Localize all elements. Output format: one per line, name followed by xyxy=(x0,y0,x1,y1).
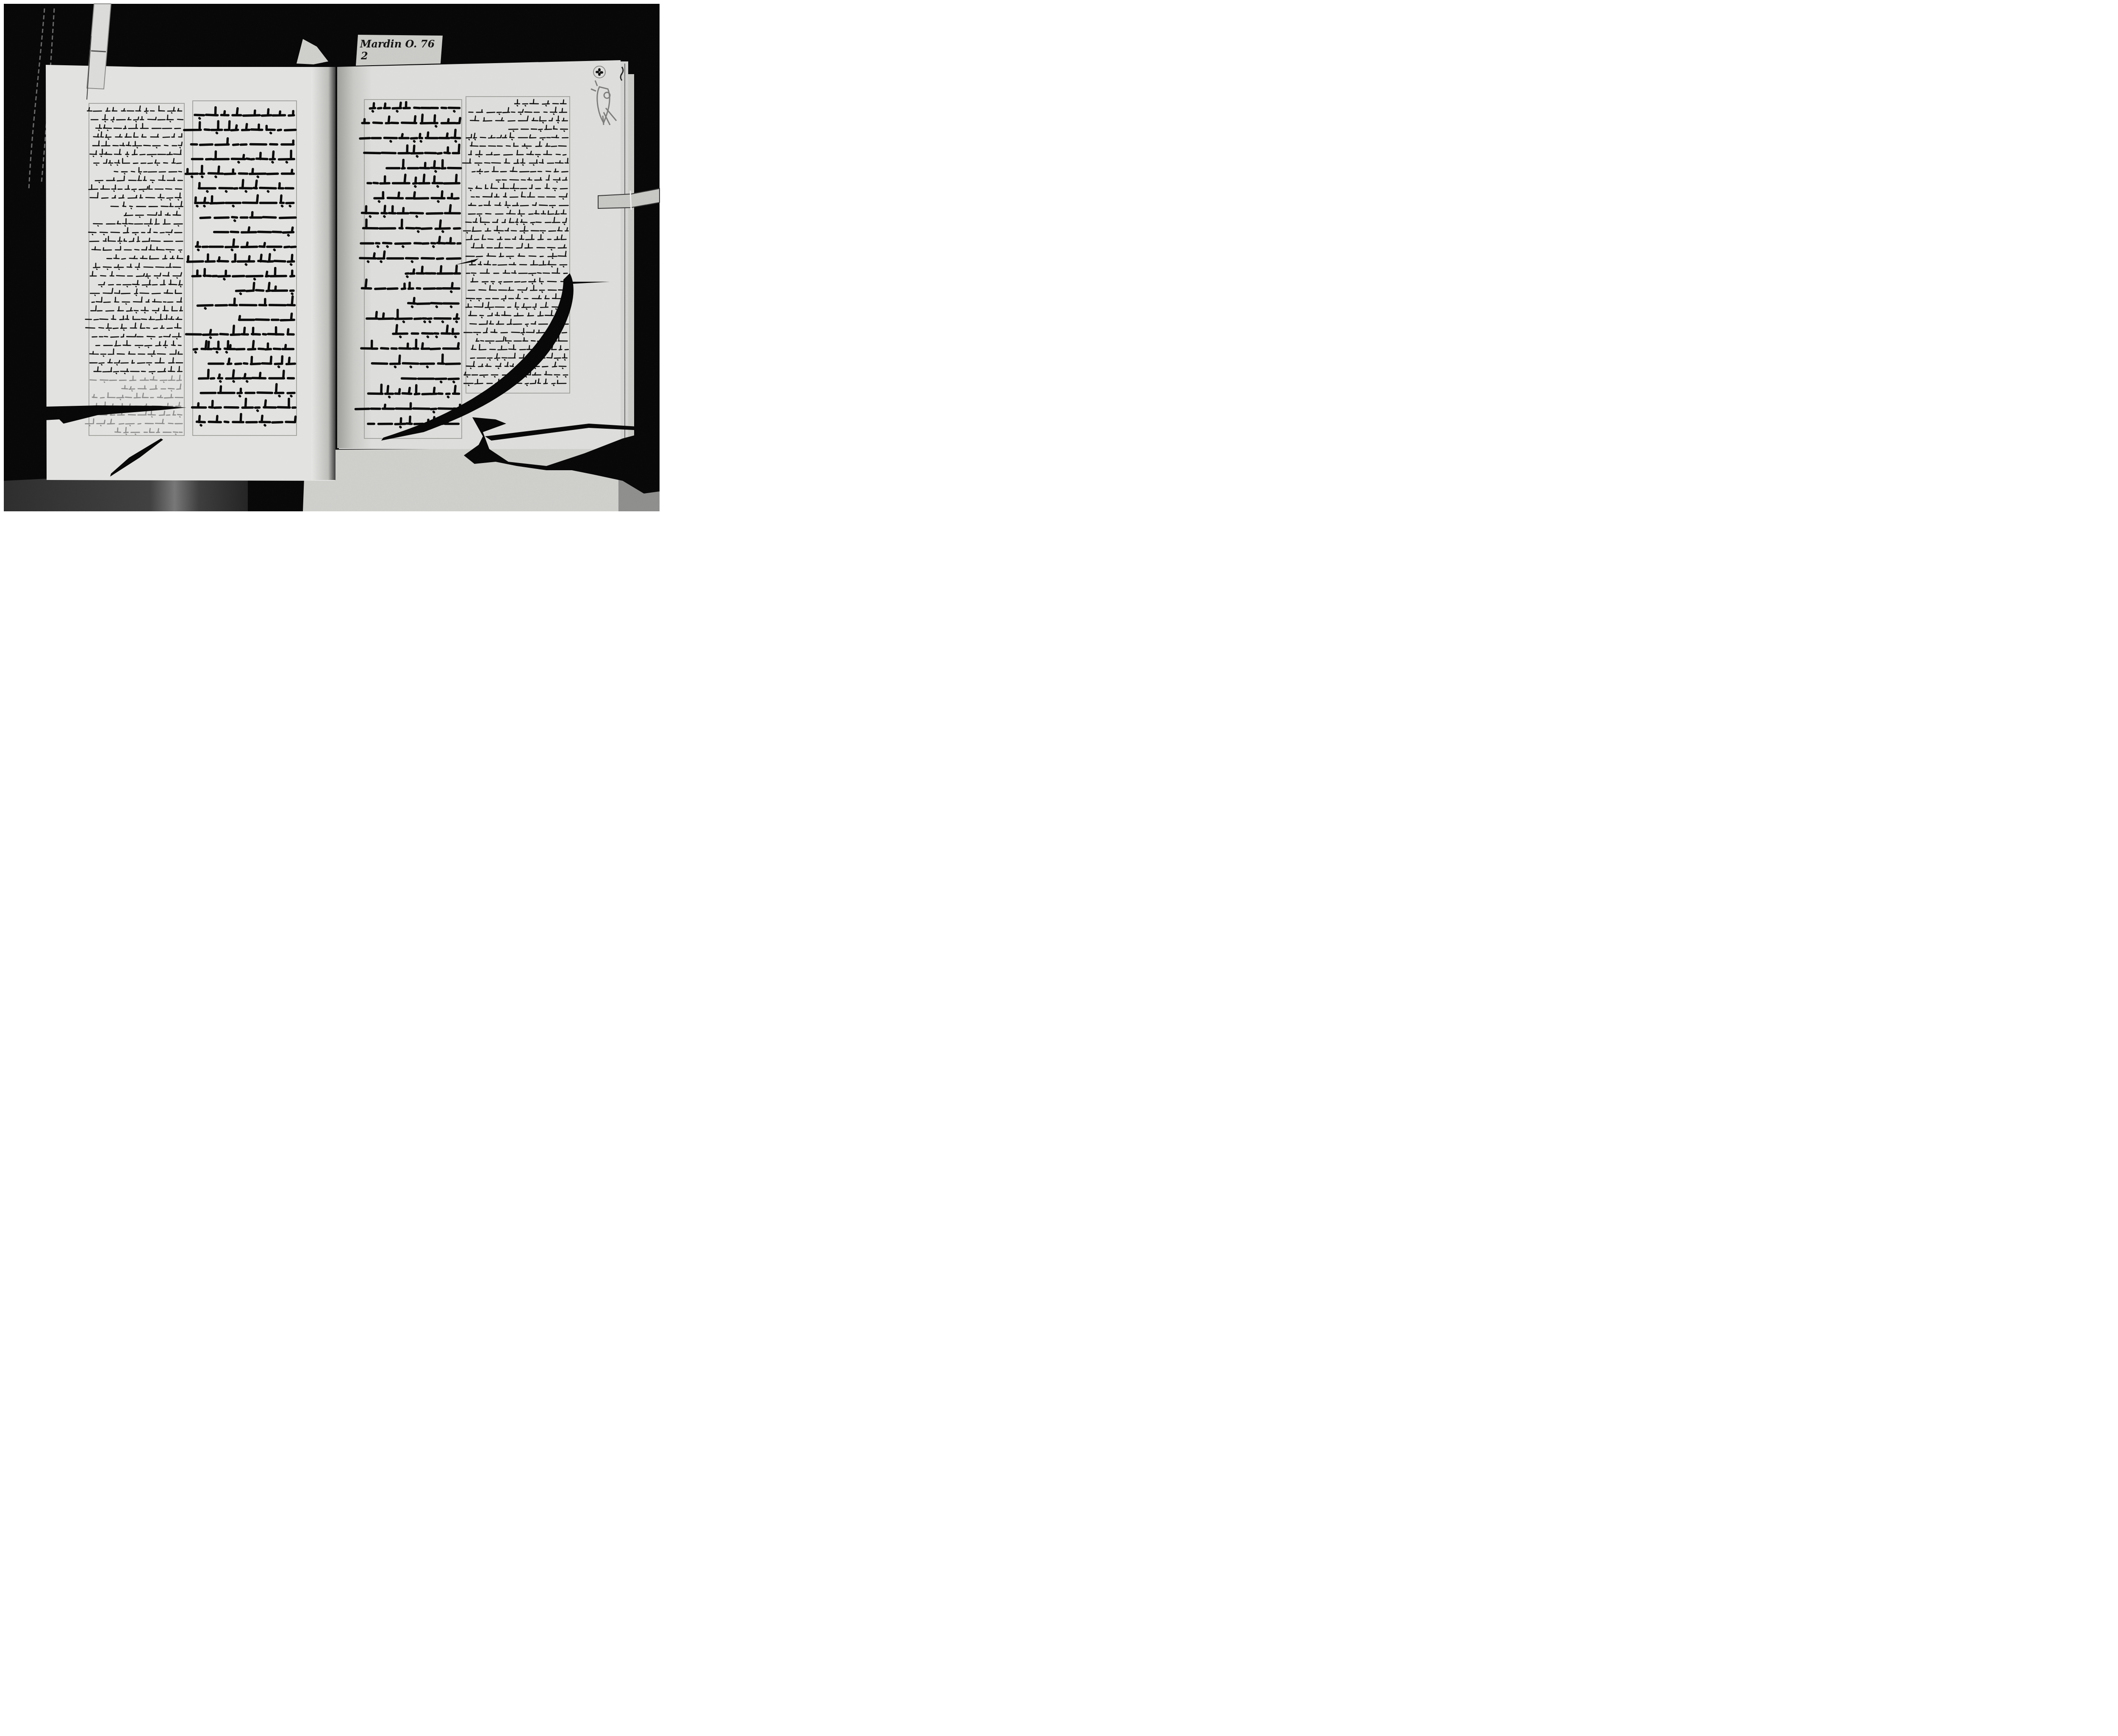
manuscript-photograph: Mardin O. 76 2 xyxy=(0,0,663,517)
film-grain xyxy=(4,4,660,511)
